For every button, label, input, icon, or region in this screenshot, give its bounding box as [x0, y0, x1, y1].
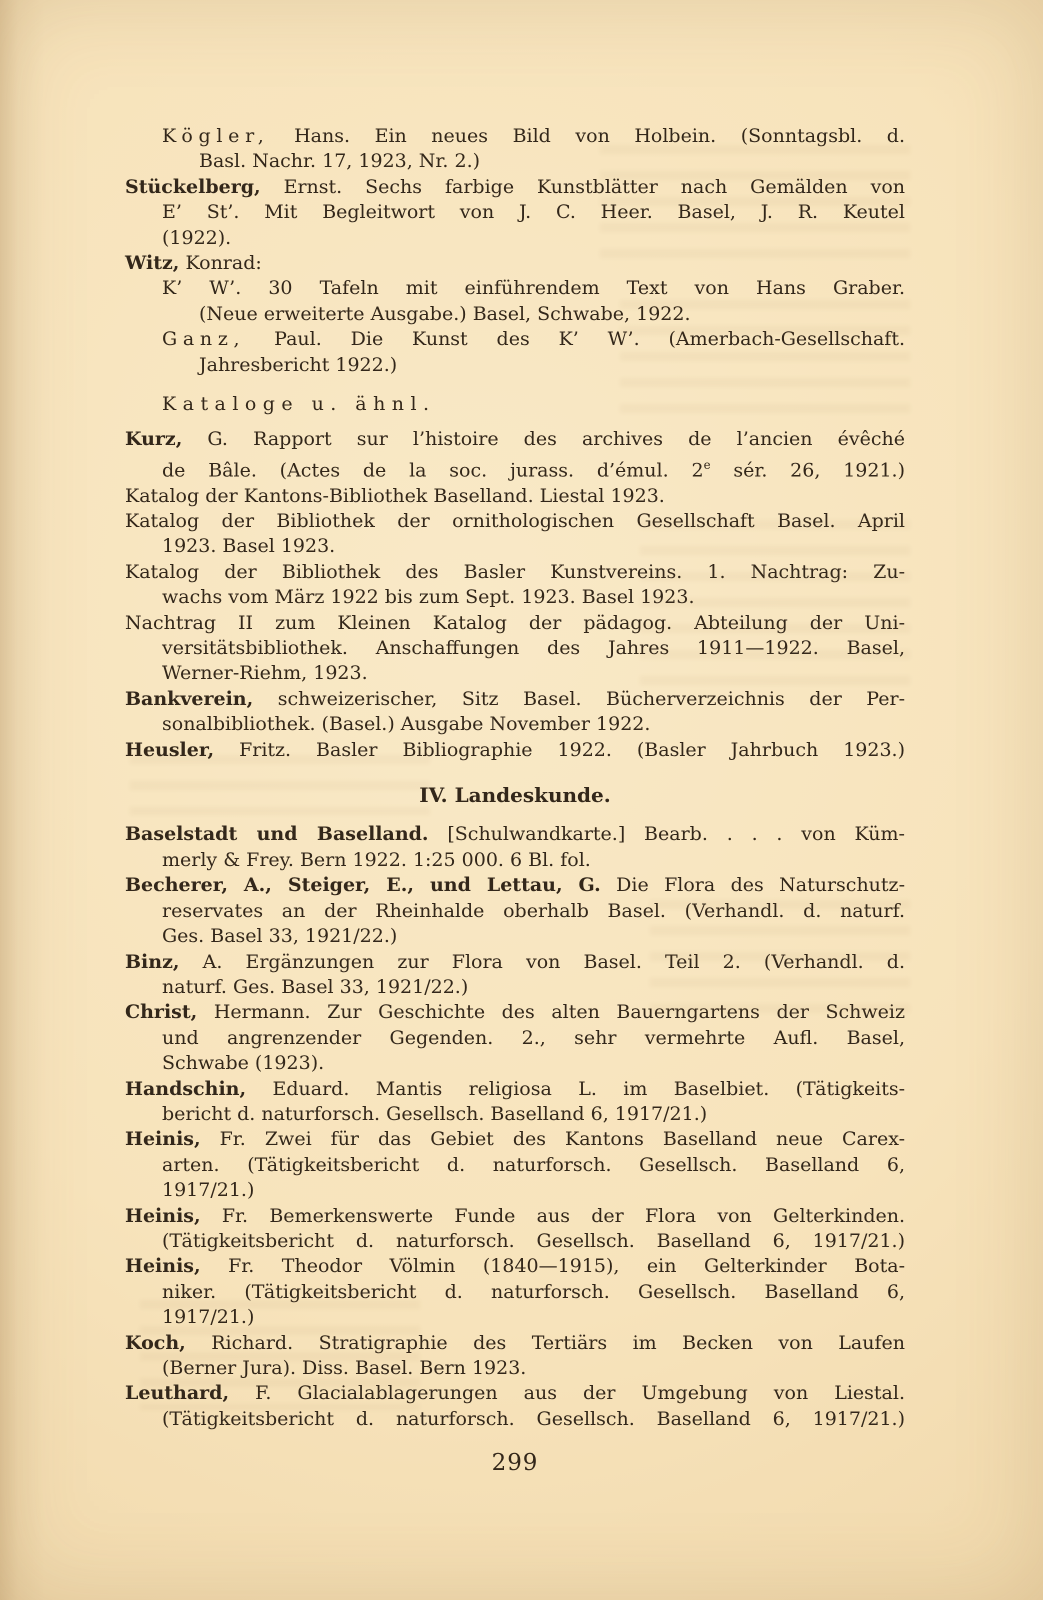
bib-text: Katalog der Kantons-Bibliothek Baselland… — [125, 485, 665, 507]
bib-line: Christ, Hermann. Zur Geschichte des alte… — [125, 1000, 905, 1025]
bib-line: naturf. Ges. Basel 33, 1921/22.) — [125, 975, 905, 1000]
bib-text: Fr. Zwei für das Gebiet des Kantons Base… — [201, 1128, 905, 1150]
bib-line: Kurz, G. Rapport sur l’histoire des arch… — [125, 427, 905, 452]
bib-line: Ges. Basel 33, 1921/22.) — [125, 924, 905, 949]
bib-line: Heusler, Fritz. Basler Bibliographie 192… — [125, 738, 905, 763]
bib-text: Katalog der Bibliothek der ornithologisc… — [125, 510, 905, 532]
bib-headword: Heusler, — [125, 739, 214, 761]
bib-headword: Baselstadt und Baselland. — [125, 823, 429, 845]
bib-line: Basl. Nachr. 17, 1923, Nr. 2.) — [125, 149, 905, 174]
bib-line: Katalog der Bibliothek der ornithologisc… — [125, 509, 905, 534]
bib-line: K’ W’. 30 Tafeln mit einführendem Text v… — [125, 276, 905, 301]
bib-line: Kögler, Hans. Ein neues Bild von Holbein… — [125, 124, 905, 149]
bib-text: A. Ergänzungen zur Flora von Basel. Teil… — [180, 951, 906, 973]
bib-headword: Stückelberg, — [125, 176, 261, 198]
bib-line: Binz, A. Ergänzungen zur Flora von Basel… — [125, 950, 905, 975]
bib-line: (Tätigkeitsbericht d. naturforsch. Gesel… — [125, 1229, 905, 1254]
bib-headword: Becherer, A., Steiger, E., und Lettau, G… — [125, 874, 601, 896]
bib-line: de Bâle. (Actes de la soc. jurass. d’ému… — [125, 453, 905, 484]
bib-line: wachs vom März 1922 bis zum Sept. 1923. … — [125, 585, 905, 610]
bib-line: Stückelberg, Ernst. Sechs farbige Kunstb… — [125, 175, 905, 200]
bib-headword: Kurz, — [125, 428, 182, 450]
bib-text: Schwabe (1923). — [162, 1052, 324, 1074]
bib-text: Nachtrag II zum Kleinen Katalog der päda… — [125, 612, 905, 634]
bib-text: Fr. Theodor Völmin (1840—1915), ein Gelt… — [201, 1255, 905, 1277]
bib-text: Basl. Nachr. 17, 1923, Nr. 2.) — [199, 150, 480, 172]
bib-text: F. Glacialablagerungen aus der Umgebung … — [229, 1382, 905, 1404]
bib-text: niker. (Tätigkeitsbericht d. naturforsch… — [162, 1281, 905, 1303]
bib-text: sonalbibliothek. (Basel.) Ausgabe Novemb… — [162, 713, 650, 735]
bib-text: versitätsbibliothek. Anschaffungen des J… — [162, 637, 905, 659]
bib-text: 1923. Basel 1923. — [162, 535, 335, 557]
bib-headword: Heinis, — [125, 1128, 201, 1150]
bib-text: Paul. Die Kunst des K’ W’. (Amerbach-Ges… — [245, 328, 905, 350]
bib-line: und angrenzender Gegenden. 2., sehr verm… — [125, 1026, 905, 1051]
bib-text: (Neue erweiterte Ausgabe.) Basel, Schwab… — [199, 303, 691, 325]
bib-text: 1917/21.) — [162, 1306, 254, 1328]
bib-text: Ganz, — [162, 328, 245, 350]
bib-line: E’ St’. Mit Begleitwort von J. C. Heer. … — [125, 200, 905, 225]
bib-line: sonalbibliothek. (Basel.) Ausgabe Novemb… — [125, 712, 905, 737]
bib-headword: Bankverein, — [125, 688, 253, 710]
bib-headword: Koch, — [125, 1332, 186, 1354]
bib-line: Heinis, Fr. Zwei für das Gebiet des Kant… — [125, 1127, 905, 1152]
bib-line: Handschin, Eduard. Mantis religiosa L. i… — [125, 1077, 905, 1102]
bib-line: (Berner Jura). Diss. Basel. Bern 1923. — [125, 1356, 905, 1381]
bib-line: Heinis, Fr. Theodor Völmin (1840—1915), … — [125, 1254, 905, 1279]
bib-line: Katalog der Kantons-Bibliothek Baselland… — [125, 484, 905, 509]
bib-text: [Schulwandkarte.] Bearb. . . . von Küm- — [429, 823, 905, 845]
bib-text: und angrenzender Gegenden. 2., sehr verm… — [162, 1027, 905, 1049]
bib-line: arten. (Tätigkeitsbericht d. naturforsch… — [125, 1153, 905, 1178]
bib-text: Hermann. Zur Geschichte des alten Bauern… — [197, 1001, 905, 1023]
bib-line: versitätsbibliothek. Anschaffungen des J… — [125, 636, 905, 661]
bib-line: Baselstadt und Baselland. [Schulwandkart… — [125, 822, 905, 847]
bib-line: Bankverein, schweizerischer, Sitz Basel.… — [125, 687, 905, 712]
bib-text: reservates an der Rheinhalde oberhalb Ba… — [162, 900, 905, 922]
bib-line: (Tätigkeitsbericht d. naturforsch. Gesel… — [125, 1407, 905, 1432]
bib-line: Leuthard, F. Glacialablagerungen aus der… — [125, 1381, 905, 1406]
bib-line: Werner-Riehm, 1923. — [125, 661, 905, 686]
bib-text: (1922). — [162, 227, 231, 249]
bib-line: (1922). — [125, 226, 905, 251]
page-number: 299 — [125, 1448, 905, 1478]
bib-line: (Neue erweiterte Ausgabe.) Basel, Schwab… — [125, 302, 905, 327]
bib-headword: Christ, — [125, 1001, 197, 1023]
bib-headword: Leuthard, — [125, 1382, 229, 1404]
bib-text: Die Flora des Naturschutz- — [601, 874, 905, 896]
bib-line: 1923. Basel 1923. — [125, 534, 905, 559]
bib-line: 1917/21.) — [125, 1305, 905, 1330]
bib-text: Katalog der Bibliothek des Basler Kunstv… — [125, 561, 905, 583]
bib-text: merly & Frey. Bern 1922. 1:25 000. 6 Bl.… — [162, 849, 591, 871]
bib-text: Fritz. Basler Bibliographie 1922. (Basle… — [214, 739, 905, 761]
bib-text: 1917/21.) — [162, 1179, 254, 1201]
bib-line: Koch, Richard. Stratigraphie des Tertiär… — [125, 1331, 905, 1356]
bib-text: (Berner Jura). Diss. Basel. Bern 1923. — [162, 1357, 526, 1379]
bib-line: niker. (Tätigkeitsbericht d. naturforsch… — [125, 1280, 905, 1305]
bib-text: Werner-Riehm, 1923. — [162, 662, 368, 684]
scanned-book-page: Kögler, Hans. Ein neues Bild von Holbein… — [0, 0, 1043, 1600]
bib-line: Becherer, A., Steiger, E., und Lettau, G… — [125, 873, 905, 898]
bib-text: e — [704, 458, 711, 472]
bib-text: naturf. Ges. Basel 33, 1921/22.) — [162, 976, 468, 998]
bib-text: wachs vom März 1922 bis zum Sept. 1923. … — [162, 586, 695, 608]
bib-text: de Bâle. (Actes de la soc. jurass. d’ému… — [162, 459, 704, 481]
bib-text: Richard. Stratigraphie des Tertiärs im B… — [186, 1332, 905, 1354]
bib-headword: Heinis, — [125, 1255, 201, 1277]
bibliography-block-kunst: Kögler, Hans. Ein neues Bild von Holbein… — [125, 124, 905, 378]
bib-line: Katalog der Bibliothek des Basler Kunstv… — [125, 560, 905, 585]
bib-headword: Witz, — [125, 252, 179, 274]
bib-line: Jahresbericht 1922.) — [125, 353, 905, 378]
bib-text: Eduard. Mantis religiosa L. im Baselbiet… — [246, 1078, 905, 1100]
subsection-heading-kataloge: Kataloge u. ähnl. — [125, 392, 905, 417]
bib-text: Hans. Ein neues Bild von Holbein. (Sonnt… — [270, 125, 905, 147]
bib-headword: Heinis, — [125, 1205, 201, 1227]
bib-text: K’ W’. 30 Tafeln mit einführendem Text v… — [162, 277, 905, 299]
bib-text: Kögler, — [162, 125, 270, 147]
bib-text: (Tätigkeitsbericht d. naturforsch. Gesel… — [162, 1408, 905, 1430]
bib-text: Fr. Bemerkenswerte Funde aus der Flora v… — [201, 1205, 905, 1227]
bib-text: Ernst. Sechs farbige Kunstblätter nach G… — [261, 176, 905, 198]
bib-text: G. Rapport sur l’histoire des archives d… — [182, 428, 905, 450]
bib-text: schweizerischer, Sitz Basel. Bücherverze… — [253, 688, 905, 710]
bib-headword: Handschin, — [125, 1078, 246, 1100]
bib-line: 1917/21.) — [125, 1178, 905, 1203]
bib-line: Witz, Konrad: — [125, 251, 905, 276]
bib-text: bericht d. naturforsch. Gesellsch. Basel… — [162, 1103, 707, 1125]
bib-line: reservates an der Rheinhalde oberhalb Ba… — [125, 899, 905, 924]
bibliography-block-kataloge: Kurz, G. Rapport sur l’histoire des arch… — [125, 427, 905, 763]
bib-line: Schwabe (1923). — [125, 1051, 905, 1076]
bib-line: Heinis, Fr. Bemerkenswerte Funde aus der… — [125, 1204, 905, 1229]
bib-line: bericht d. naturforsch. Gesellsch. Basel… — [125, 1102, 905, 1127]
bib-text: arten. (Tätigkeitsbericht d. naturforsch… — [162, 1154, 905, 1176]
bib-text: E’ St’. Mit Begleitwort von J. C. Heer. … — [162, 201, 905, 223]
bib-text: Ges. Basel 33, 1921/22.) — [162, 925, 397, 947]
bib-headword: Binz, — [125, 951, 180, 973]
bib-line: Ganz, Paul. Die Kunst des K’ W’. (Amerba… — [125, 327, 905, 352]
bib-text: sér. 26, 1921.) — [711, 459, 905, 481]
bib-text: (Tätigkeitsbericht d. naturforsch. Gesel… — [162, 1230, 905, 1252]
bib-text: Jahresbericht 1922.) — [199, 354, 397, 376]
bibliography-block-landeskunde: Baselstadt und Baselland. [Schulwandkart… — [125, 822, 905, 1432]
section-heading-landeskunde: IV. Landeskunde. — [125, 783, 905, 808]
bib-line: Nachtrag II zum Kleinen Katalog der päda… — [125, 611, 905, 636]
bib-line: merly & Frey. Bern 1922. 1:25 000. 6 Bl.… — [125, 848, 905, 873]
bib-text: Konrad: — [179, 252, 261, 274]
